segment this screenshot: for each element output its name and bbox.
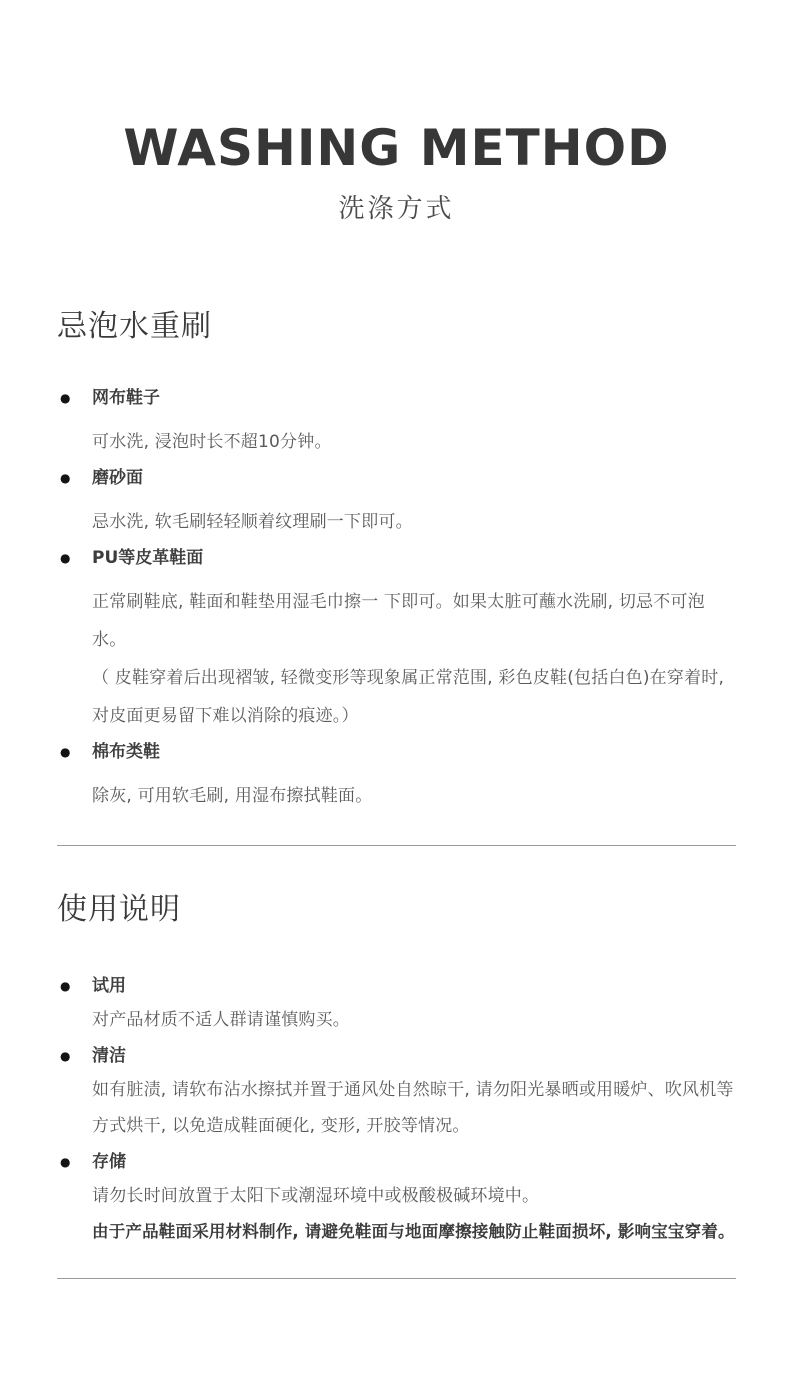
page-header: WASHING METHOD 洗涤方式 [57,120,736,225]
bullet-icon: ● [60,746,70,758]
item-description: 忌水洗, 软毛刷轻轻顺着纹理刷一下即可。 [92,503,736,541]
item-term: 棉布类鞋 [92,733,736,771]
list-item-cleaning: ● 清洁 如有脏渍, 请软布沾水擦拭并置于通风处自然晾干, 请勿阳光暴晒或用暖炉… [57,1038,736,1144]
section-divider [57,845,736,846]
bullet-icon: ● [60,1050,70,1062]
item-description-warning: 由于产品鞋面采用材料制作, 请避免鞋面与地面摩擦接触防止鞋面损坏, 影响宝宝穿着… [92,1214,736,1250]
section-washing-rules: 忌泡水重刷 ● 网布鞋子 可水洗, 浸泡时长不超10分钟。 ● 磨砂面 忌水洗,… [57,309,736,815]
bullet-icon: ● [60,472,70,484]
bullet-icon: ● [60,980,70,992]
page-subtitle: 洗涤方式 [57,188,736,225]
item-term: 网布鞋子 [92,379,736,417]
list-item-frosted-surface: ● 磨砂面 忌水洗, 软毛刷轻轻顺着纹理刷一下即可。 [57,459,736,541]
bullet-icon: ● [60,392,70,404]
list-item-pu-leather: ● PU等皮革鞋面 正常刷鞋底, 鞋面和鞋垫用湿毛巾擦一 下即可。如果太脏可蘸水… [57,539,736,735]
item-description-note: （ 皮鞋穿着后出现褶皱, 轻微变形等现象属正常范围, 彩色皮鞋(包括白色)在穿着… [92,659,736,735]
page-title: WASHING METHOD [57,120,736,178]
item-description: 如有脏渍, 请软布沾水擦拭并置于通风处自然晾干, 请勿阳光暴晒或用暖炉、吹风机等… [92,1072,736,1144]
washing-item-list: ● 网布鞋子 可水洗, 浸泡时长不超10分钟。 ● 磨砂面 忌水洗, 软毛刷轻轻… [57,379,736,815]
list-item-cotton-shoes: ● 棉布类鞋 除灰, 可用软毛刷, 用湿布擦拭鞋面。 [57,733,736,815]
care-instructions-page: WASHING METHOD 洗涤方式 忌泡水重刷 ● 网布鞋子 可水洗, 浸泡… [0,0,790,1387]
item-term: 清洁 [92,1038,736,1074]
item-description: 可水洗, 浸泡时长不超10分钟。 [92,423,736,461]
item-description: 对产品材质不适人群请谨慎购买。 [92,1002,736,1038]
list-item-mesh-shoes: ● 网布鞋子 可水洗, 浸泡时长不超10分钟。 [57,379,736,461]
list-item-trial: ● 试用 对产品材质不适人群请谨慎购买。 [57,968,736,1038]
section-usage-instructions: 使用说明 ● 试用 对产品材质不适人群请谨慎购买。 ● 清洁 如有脏渍, 请软布… [57,892,736,1250]
item-term: 试用 [92,968,736,1004]
item-term: 存储 [92,1144,736,1180]
bullet-icon: ● [60,1156,70,1168]
item-term: PU等皮革鞋面 [92,539,736,577]
item-description: 除灰, 可用软毛刷, 用湿布擦拭鞋面。 [92,777,736,815]
usage-item-list: ● 试用 对产品材质不适人群请谨慎购买。 ● 清洁 如有脏渍, 请软布沾水擦拭并… [57,968,736,1250]
bottom-divider [57,1278,736,1279]
item-description: 正常刷鞋底, 鞋面和鞋垫用湿毛巾擦一 下即可。如果太脏可蘸水洗刷, 切忌不可泡水… [92,583,736,659]
item-term: 磨砂面 [92,459,736,497]
section-heading-usage: 使用说明 [57,892,736,928]
section-heading-washing: 忌泡水重刷 [57,309,736,345]
bullet-icon: ● [60,552,70,564]
item-description: 请勿长时间放置于太阳下或潮湿环境中或极酸极碱环境中。 [92,1178,736,1214]
list-item-storage: ● 存储 请勿长时间放置于太阳下或潮湿环境中或极酸极碱环境中。 由于产品鞋面采用… [57,1144,736,1250]
